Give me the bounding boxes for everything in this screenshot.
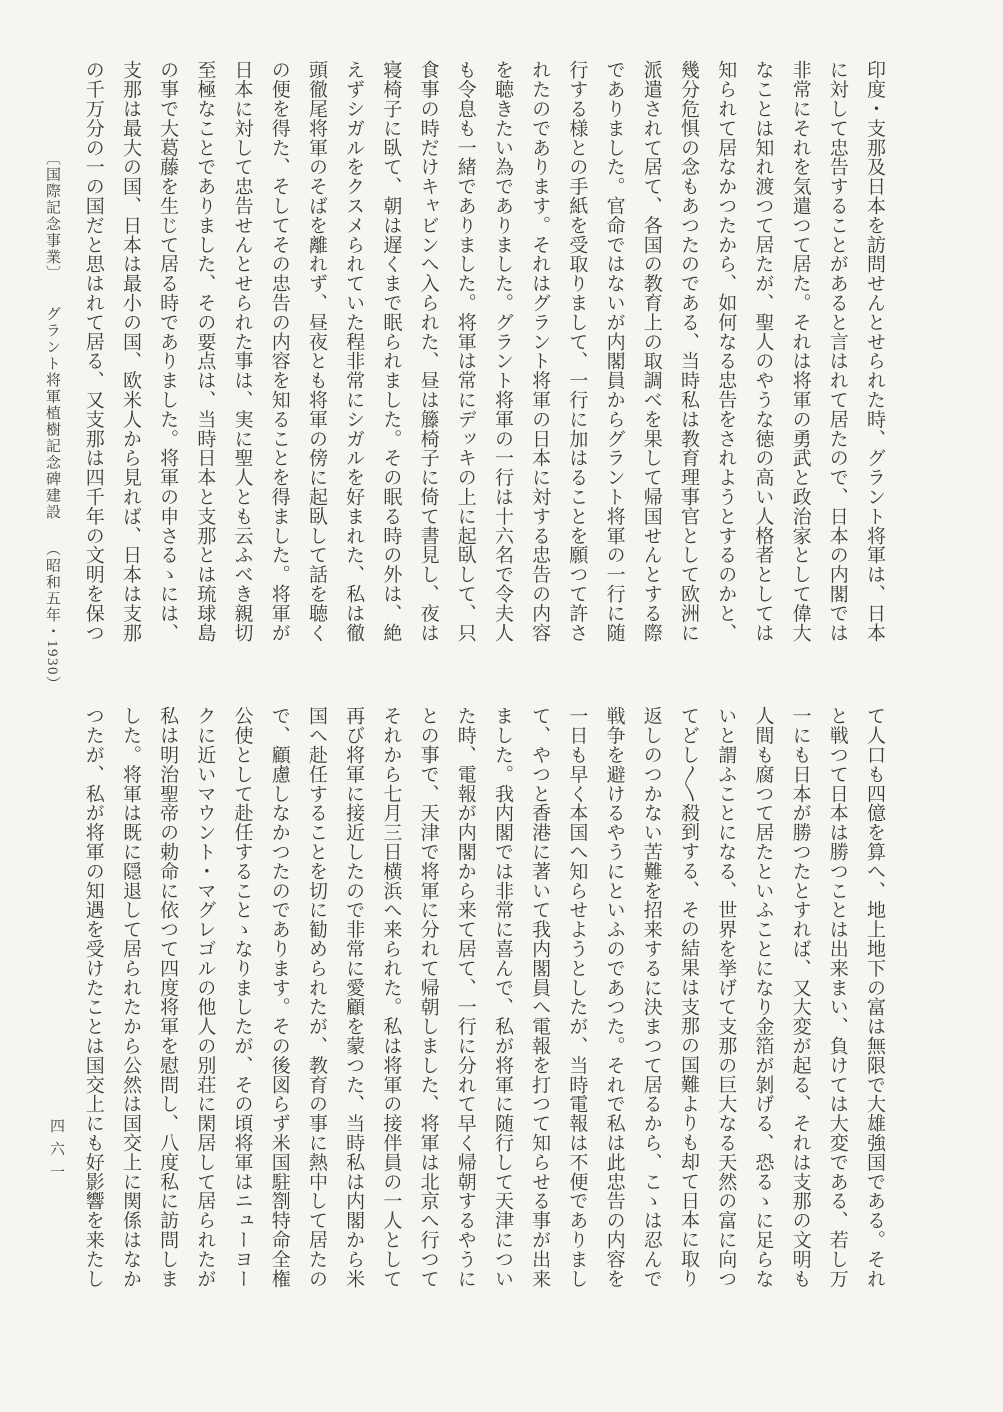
margin-header: 〔国際記念事業〕グラント将軍植樹記念碑建設（昭和五年・1930）	[42, 150, 63, 670]
text-column: 国へ赴任することを切に勧められたが、教育の事に熱中して居たの	[298, 706, 335, 1292]
text-column: 再び将軍に接近したので非常に愛顧を蒙つた、当時私は内閣から米	[335, 706, 372, 1292]
text-column: つたが、私が将軍の知遇を受けたことは国交上にも好影響を来たし	[75, 706, 112, 1292]
text-column: に対して忠告することがあると言はれて居たので、日本の内閣では	[819, 60, 856, 646]
text-column: 幾分危惧の念もあつたのである、当時私は教育理事官として欧洲に	[670, 60, 707, 646]
text-column: えずシガルをクスメられていた程非常にシガルを好まれた、私は徹	[335, 60, 372, 646]
text-column: クに近いマウント・マグレゴルの他人の別荘に閑居して居られたが	[186, 706, 223, 1292]
text-column: それから七月三日横浜へ来られた。私は将軍の接伴員の一人として	[372, 706, 409, 1292]
text-column: 至極なことでありました、その要点は、当時日本と支那とは琉球島	[186, 60, 223, 646]
text-column: て、やつと香港に著いて我内閣員へ電報を打つて知らせる事が出来	[521, 706, 558, 1292]
text-column: 私は明治聖帝の勅命に依つて四度将軍を慰問し、八度私に訪問しま	[149, 706, 186, 1292]
text-column: いと謂ふことになる、世界を挙げて支那の巨大なる天然の富に向つ	[707, 706, 744, 1292]
text-column: 人間も腐つて居たといふことになり金箔が剝げる、恐るゝに足らな	[744, 706, 781, 1292]
text-column: した。将軍は既に隠退して居られたから公然は国交上に関係はなか	[112, 706, 149, 1292]
bottom-text-block: て人口も四億を算へ、地上地下の富は無限で大雄強国である。それ と戦つて日本は勝つ…	[75, 706, 893, 1292]
text-column: てどし〱殺到する、その結果は支那の国難よりも却て日本に取り	[670, 706, 707, 1292]
text-column: 派遣されて居て、各国の教育上の取調べを果して帰国せんとする際	[633, 60, 670, 646]
top-text-block: 印度・支那及日本を訪問せんとせられた時、グラント将軍は、日本 に対して忠告するこ…	[75, 60, 893, 646]
text-column: 返しのつかない苦難を招来するに決まつて居るから、こゝは忍んで	[633, 706, 670, 1292]
text-column: を聴きたい為でありました。グラント将軍の一行は十六名で令夫人	[484, 60, 521, 646]
text-column: 一日も早く本国へ知らせようとしたが、当時電報は不便でありまし	[558, 706, 595, 1292]
text-column: の便を得た、そしてその忠告の内容を知ることを得ました。将軍が	[261, 60, 298, 646]
text-column: 一にも日本が勝つたとすれば、又大変が起る、それは支那の文明も	[781, 706, 818, 1292]
text-column: の事で大葛藤を生じて居る時でありました。将軍の申さるゝには、	[149, 60, 186, 646]
text-column: と戦つて日本は勝つことは出来まい、負けては大変である、若し万	[819, 706, 856, 1292]
text-column: ました。我内閣では非常に喜んで、私が将軍に随行して天津につい	[484, 706, 521, 1292]
article-date: （昭和五年・1930）	[44, 541, 60, 693]
text-column: でありました。官命ではないが内閣員からグラント将軍の一行に随	[595, 60, 632, 646]
text-column: 戦争を避けるやうにといふのであつた。それで私は此忠告の内容を	[595, 706, 632, 1292]
series-label: 〔国際記念事業〕	[44, 150, 60, 282]
text-column: 行する様との手紙を受取りまして、一行に加はることを願つて許さ	[558, 60, 595, 646]
text-column: も令息も一緒でありました。将軍は常にデッキの上に起臥して、只	[447, 60, 484, 646]
text-column: との事で、天津で将軍に分れて帰朝しました、将軍は北京へ行つて	[409, 706, 446, 1292]
text-column: れたのであります。それはグラント将軍の日本に対する忠告の内容	[521, 60, 558, 646]
text-column: 知られて居なかつたから、如何なる忠告をされようとするのかと、	[707, 60, 744, 646]
text-column: 寝椅子に臥て、朝は遅くまで眠られました。その眠る時の外は、絶	[372, 60, 409, 646]
text-column: 印度・支那及日本を訪問せんとせられた時、グラント将軍は、日本	[856, 60, 893, 646]
text-column: 日本に対して忠告せんとせられた事は、実に聖人とも云ふべき親切	[223, 60, 260, 646]
text-column: 食事の時だけキャビンへ入られた、昼は籐椅子に倚て書見し、夜は	[409, 60, 446, 646]
page-number: 四六一	[46, 1118, 67, 1187]
article-title: グラント将軍植樹記念碑建設	[44, 306, 60, 521]
text-column: て人口も四億を算へ、地上地下の富は無限で大雄強国である。それ	[856, 706, 893, 1292]
scanned-book-page: 印度・支那及日本を訪問せんとせられた時、グラント将軍は、日本 に対して忠告するこ…	[0, 0, 1003, 1412]
text-column: 非常にそれを気遣つて居た。それは将軍の勇武と政治家として偉大	[781, 60, 818, 646]
text-column: 頭徹尾将軍のそばを離れず、昼夜とも将軍の傍に起臥して話を聴く	[298, 60, 335, 646]
text-column: 支那は最大の国、日本は最小の国、欧米人から見れば、日本は支那	[112, 60, 149, 646]
text-column: の千万分の一の国だと思はれて居る、又支那は四千年の文明を保つ	[75, 60, 112, 646]
text-column: で、顧慮しなかつたのであります。その後図らず米国駐劄特命全権	[261, 706, 298, 1292]
text-column: た時、電報が内閣から来て居て、一行に分れて早く帰朝するやうに	[447, 706, 484, 1292]
text-column: 公使として赴任することゝなりましたが、その頃将軍はニューヨー	[223, 706, 260, 1292]
text-column: なことは知れ渡つて居たが、聖人のやうな徳の高い人格者としては	[744, 60, 781, 646]
